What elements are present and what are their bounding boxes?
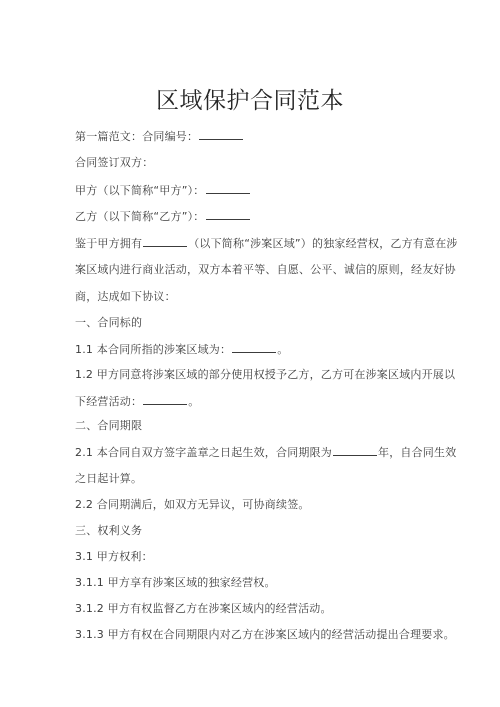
blank-field (143, 394, 187, 405)
blank-field (232, 342, 276, 353)
line-text: 3.1 甲方权利： (75, 550, 153, 563)
blank-field (333, 445, 377, 456)
preamble-line-1: 鉴于甲方拥有（以下简称“涉案区域”）的独家经营权，乙方有意在涉 (75, 236, 458, 251)
line-text: 1.1 本合同所指的涉案区域为： (75, 343, 231, 356)
document-page: 区域保护合同范本 第一篇范文：合同编号： 合同签订双方： 甲方（以下简称“甲方”… (0, 0, 500, 707)
clause-2-1: 2.1 本合同自双方签字盖章之日起生效，合同期限为年，自合同生效 (75, 445, 456, 460)
clause-1-2: 1.2 甲方同意将涉案区域的部分使用权授予乙方，乙方可在涉案区域内开展以 (75, 368, 455, 382)
line-text: 第一篇范文：合同编号： (75, 130, 198, 143)
line-text: 合同签订双方： (75, 156, 153, 169)
line-text: 2.1 本合同自双方签字盖章之日起生效，合同期限为 (75, 446, 332, 459)
blank-field (206, 183, 250, 194)
line-text: （以下简称“涉案区域”）的独家经营权，乙方有意在涉 (188, 237, 457, 250)
clause-2-1-cont: 之日起计算。 (75, 472, 142, 486)
line-text: 下经营活动： (75, 395, 142, 408)
line-text: 1.2 甲方同意将涉案区域的部分使用权授予乙方，乙方可在涉案区域内开展以 (75, 368, 455, 381)
line-text: 之日起计算。 (75, 472, 142, 485)
section-2-heading: 二、合同期限 (75, 419, 142, 433)
preamble-line-2: 案区域内进行商业活动，双方本着平等、自愿、公平、诚信的原则，经友好协 (75, 263, 456, 277)
line-text: 3.1.3 甲方有权在合同期限内对乙方在涉案区域内的经营活动提出合理要求。 (75, 628, 455, 641)
clause-3-1: 3.1 甲方权利： (75, 550, 153, 564)
line-text: 二、合同期限 (75, 419, 142, 432)
line-text: 年，自合同生效 (378, 446, 456, 459)
preamble-line-3: 商，达成如下协议： (75, 290, 176, 304)
line-text: 3.1.1 甲方享有涉案区域的独家经营权。 (75, 576, 276, 589)
clause-3-1-1: 3.1.1 甲方享有涉案区域的独家经营权。 (75, 576, 276, 590)
line-text: 案区域内进行商业活动，双方本着平等、自愿、公平、诚信的原则，经友好协 (75, 263, 456, 276)
party-b-line: 乙方（以下简称“乙方”）： (75, 209, 251, 224)
line-text: 。 (188, 395, 199, 408)
clause-1-2-cont: 下经营活动：。 (75, 394, 199, 409)
clause-2-2: 2.2 合同期满后，如双方无异议，可协商续签。 (75, 498, 310, 512)
line-text: 乙方（以下简称“乙方”）： (75, 210, 205, 223)
line-text: 2.2 合同期满后，如双方无异议，可协商续签。 (75, 498, 310, 511)
clause-3-1-3: 3.1.3 甲方有权在合同期限内对乙方在涉案区域内的经营活动提出合理要求。 (75, 628, 455, 642)
line-text: 甲方（以下简称“甲方”）： (75, 184, 205, 197)
contract-number-line: 第一篇范文：合同编号： (75, 129, 244, 144)
blank-field (199, 129, 243, 140)
line-text: 鉴于甲方拥有 (75, 237, 142, 250)
clause-3-1-2: 3.1.2 甲方有权监督乙方在涉案区域内的经营活动。 (75, 602, 332, 616)
clause-1-1: 1.1 本合同所指的涉案区域为：。 (75, 342, 288, 357)
line-text: 商，达成如下协议： (75, 290, 176, 303)
document-title: 区域保护合同范本 (0, 82, 500, 115)
line-text: 。 (277, 343, 288, 356)
section-1-heading: 一、合同标的 (75, 316, 142, 330)
line-text: 3.1.2 甲方有权监督乙方在涉案区域内的经营活动。 (75, 602, 332, 615)
line-text: 三、权利义务 (75, 524, 142, 537)
line-text: 一、合同标的 (75, 316, 142, 329)
section-3-heading: 三、权利义务 (75, 524, 142, 538)
blank-field (206, 209, 250, 220)
blank-field (143, 236, 187, 247)
party-a-line: 甲方（以下简称“甲方”）： (75, 183, 251, 198)
parties-heading: 合同签订双方： (75, 156, 153, 170)
